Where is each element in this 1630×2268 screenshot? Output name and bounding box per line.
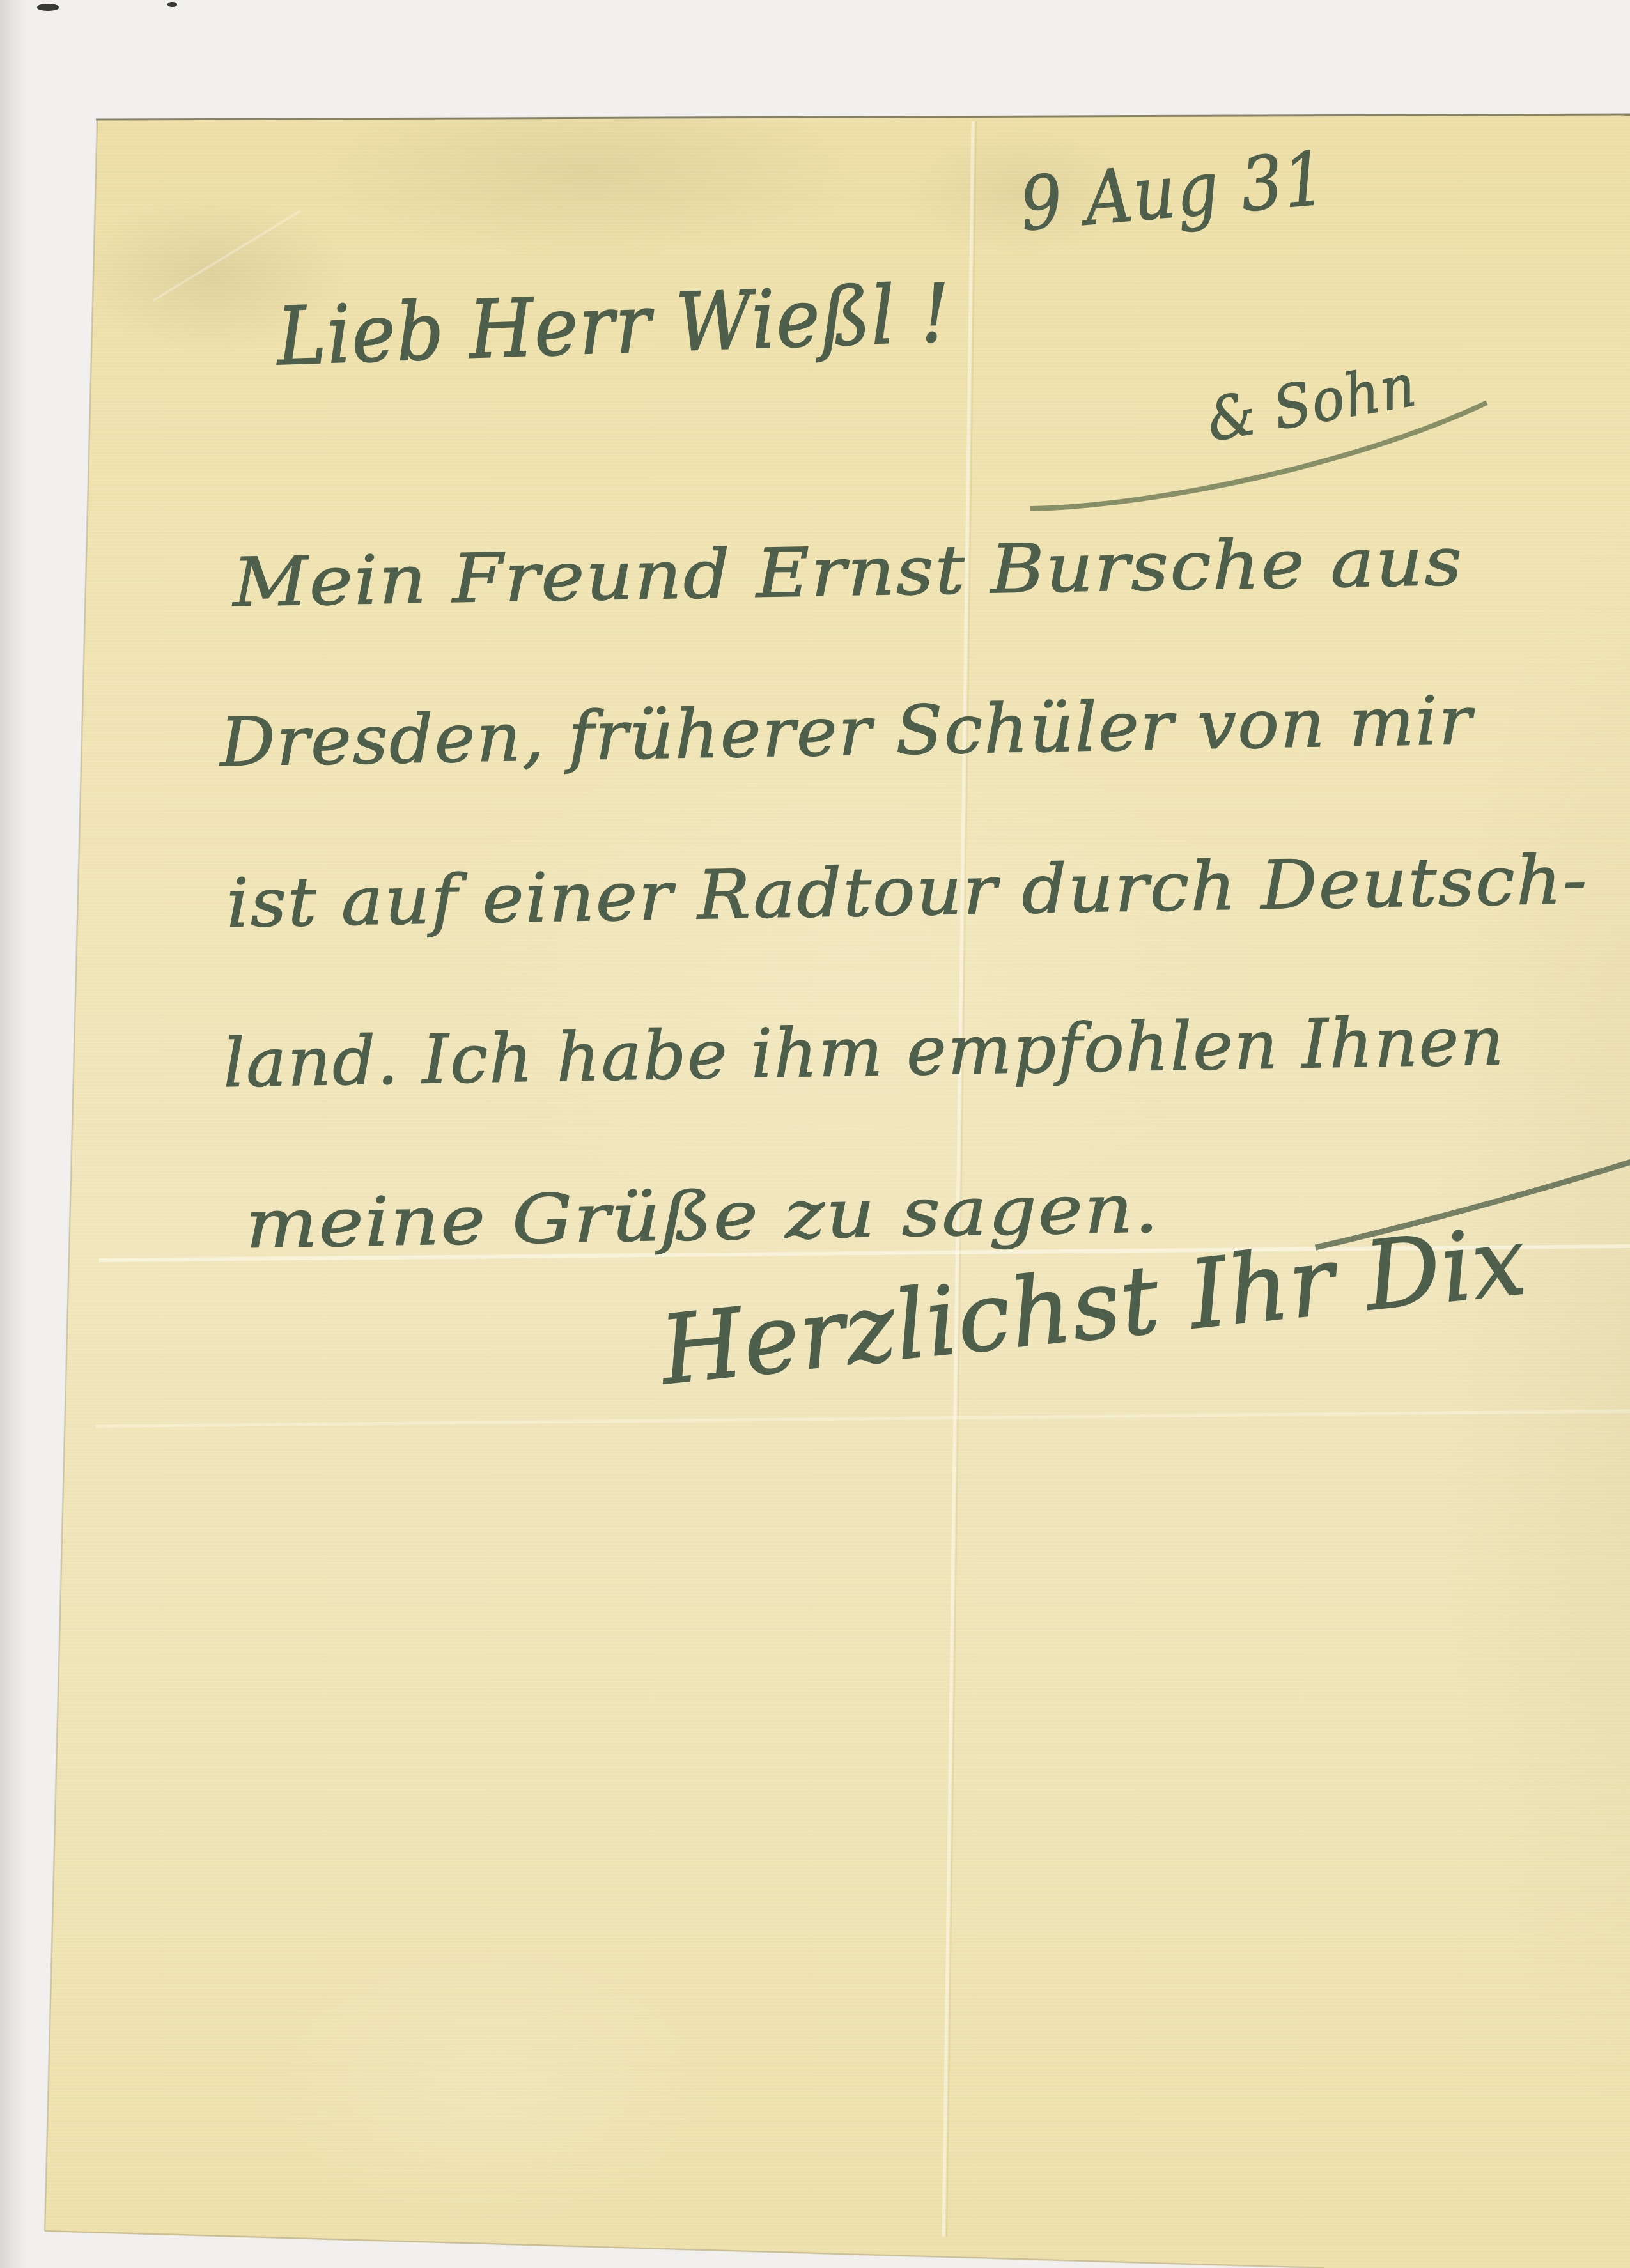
horizontal-fold-crease	[96, 1411, 1630, 1426]
body-line-5: meine Grüße zu sagen.	[245, 1169, 1160, 1263]
body-line-2: Dresden, früherer Schüler von mir	[218, 682, 1476, 782]
paper-top-edge	[96, 114, 1630, 120]
paper-left-edge	[45, 120, 97, 2231]
body-line-1: Mein Freund Ernst Bursche aus	[231, 522, 1464, 622]
handwriting-layer: 9 Aug 31 Lieb Herr Wießl ! & Sohn Mein F…	[0, 0, 1630, 2268]
diagonal-crease	[153, 211, 300, 300]
scanned-letter-page: 9 Aug 31 Lieb Herr Wießl ! & Sohn Mein F…	[0, 0, 1630, 2268]
body-line-4: land. Ich habe ihm empfohlen Ihnen	[222, 1002, 1505, 1102]
paper-bottom-edge	[45, 2231, 1324, 2268]
letter-date: 9 Aug 31	[1017, 136, 1330, 248]
body-line-3: ist auf einer Radtour durch Deutsch-	[226, 841, 1588, 943]
letter-salutation: Lieb Herr Wießl !	[274, 267, 952, 383]
